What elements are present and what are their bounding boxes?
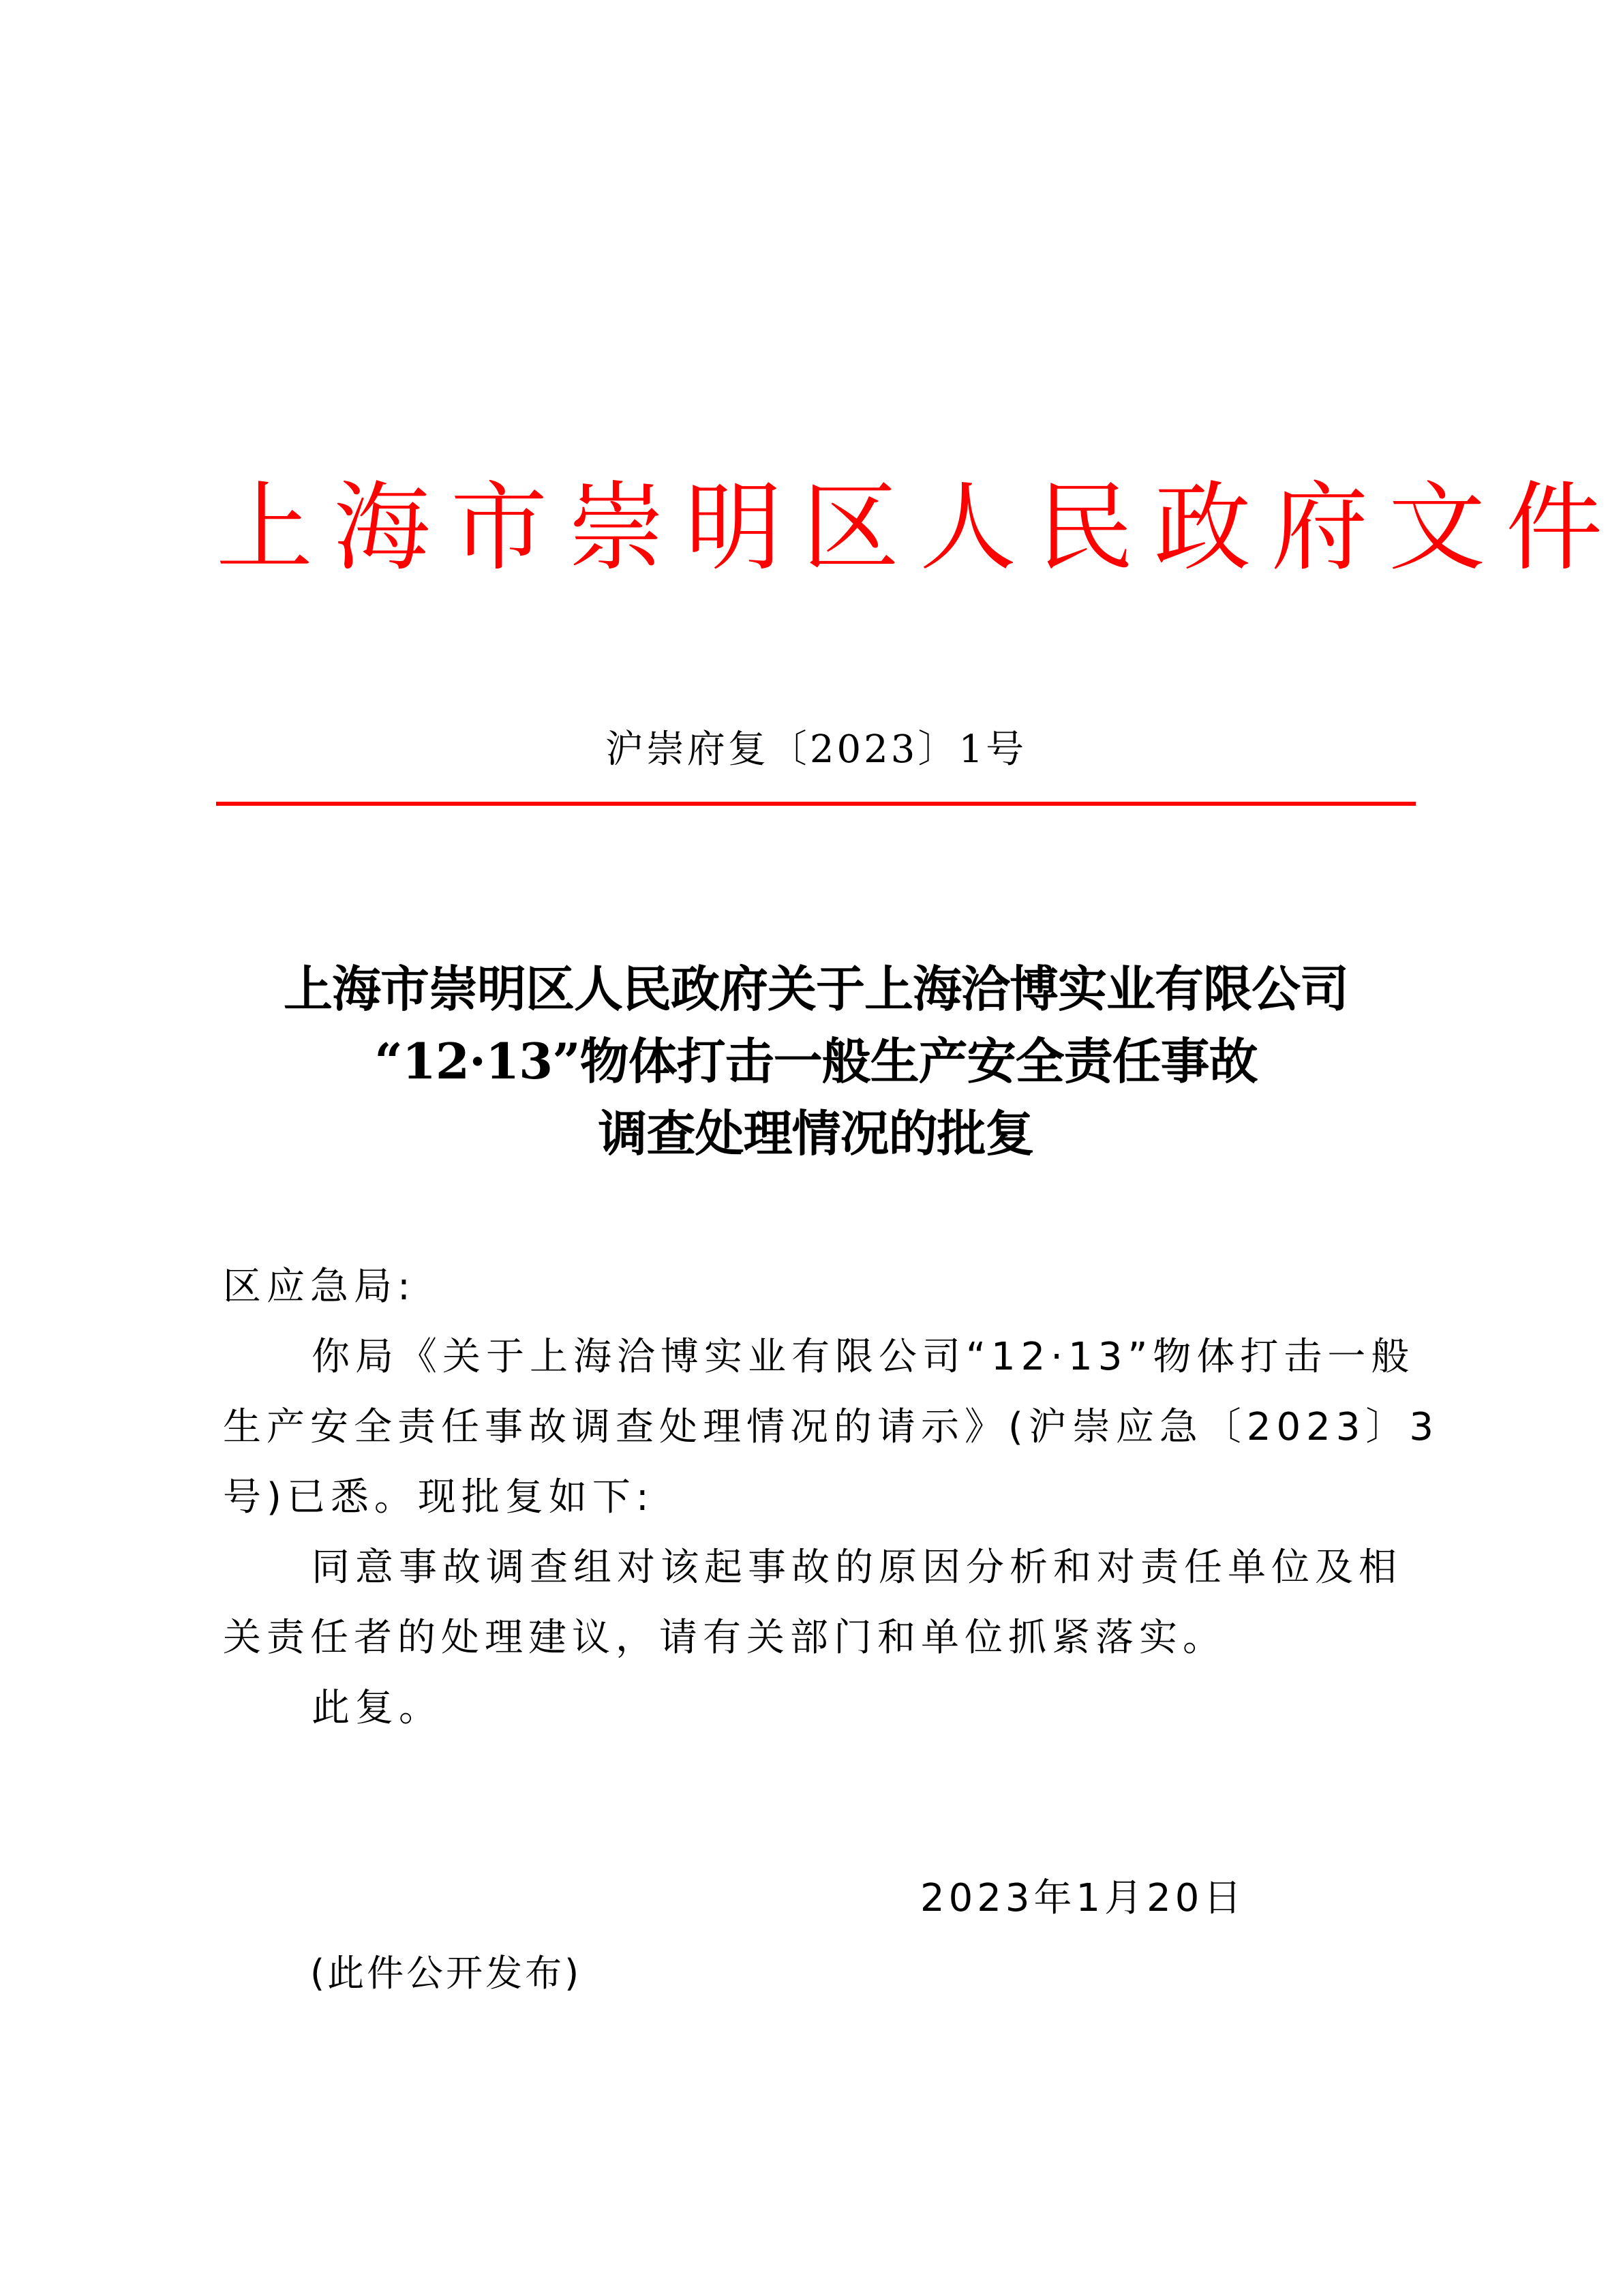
paragraph-line: 号)已悉。现批复如下: (223, 1462, 1423, 1532)
red-divider-rule (216, 802, 1416, 806)
document-number: 沪崇府复〔2023〕1号 (216, 723, 1416, 777)
heading-line: 调查处理情况的批复 (216, 1098, 1416, 1170)
document-body: 区应急局: 你局《关于上海洽博实业有限公司“12·13”物体打击一般 生产安全责… (223, 1252, 1423, 1743)
issue-date: 2023年1月20日 (920, 1868, 1245, 1929)
closing-line: 此复。 (223, 1673, 1423, 1743)
paragraph-line: 关责任者的处理建议，请有关部门和单位抓紧落实。 (223, 1603, 1423, 1673)
publication-note: (此件公开发布) (310, 1943, 581, 2004)
heading-line: 上海市崇明区人民政府关于上海洽博实业有限公司 (216, 953, 1416, 1025)
paragraph-line: 同意事故调查组对该起事故的原因分析和对责任单位及相 (223, 1532, 1423, 1603)
recipient-line: 区应急局: (223, 1252, 1423, 1322)
masthead-title: 上海市崇明区人民政府文件 (216, 470, 1416, 586)
document-heading: 上海市崇明区人民政府关于上海洽博实业有限公司 “12·13”物体打击一般生产安全… (216, 953, 1416, 1170)
heading-line: “12·13”物体打击一般生产安全责任事故 (216, 1025, 1416, 1098)
paragraph-line: 生产安全责任事故调查处理情况的请示》(沪崇应急〔2023〕3 (223, 1392, 1423, 1462)
paragraph-line: 你局《关于上海洽博实业有限公司“12·13”物体打击一般 (223, 1322, 1423, 1392)
